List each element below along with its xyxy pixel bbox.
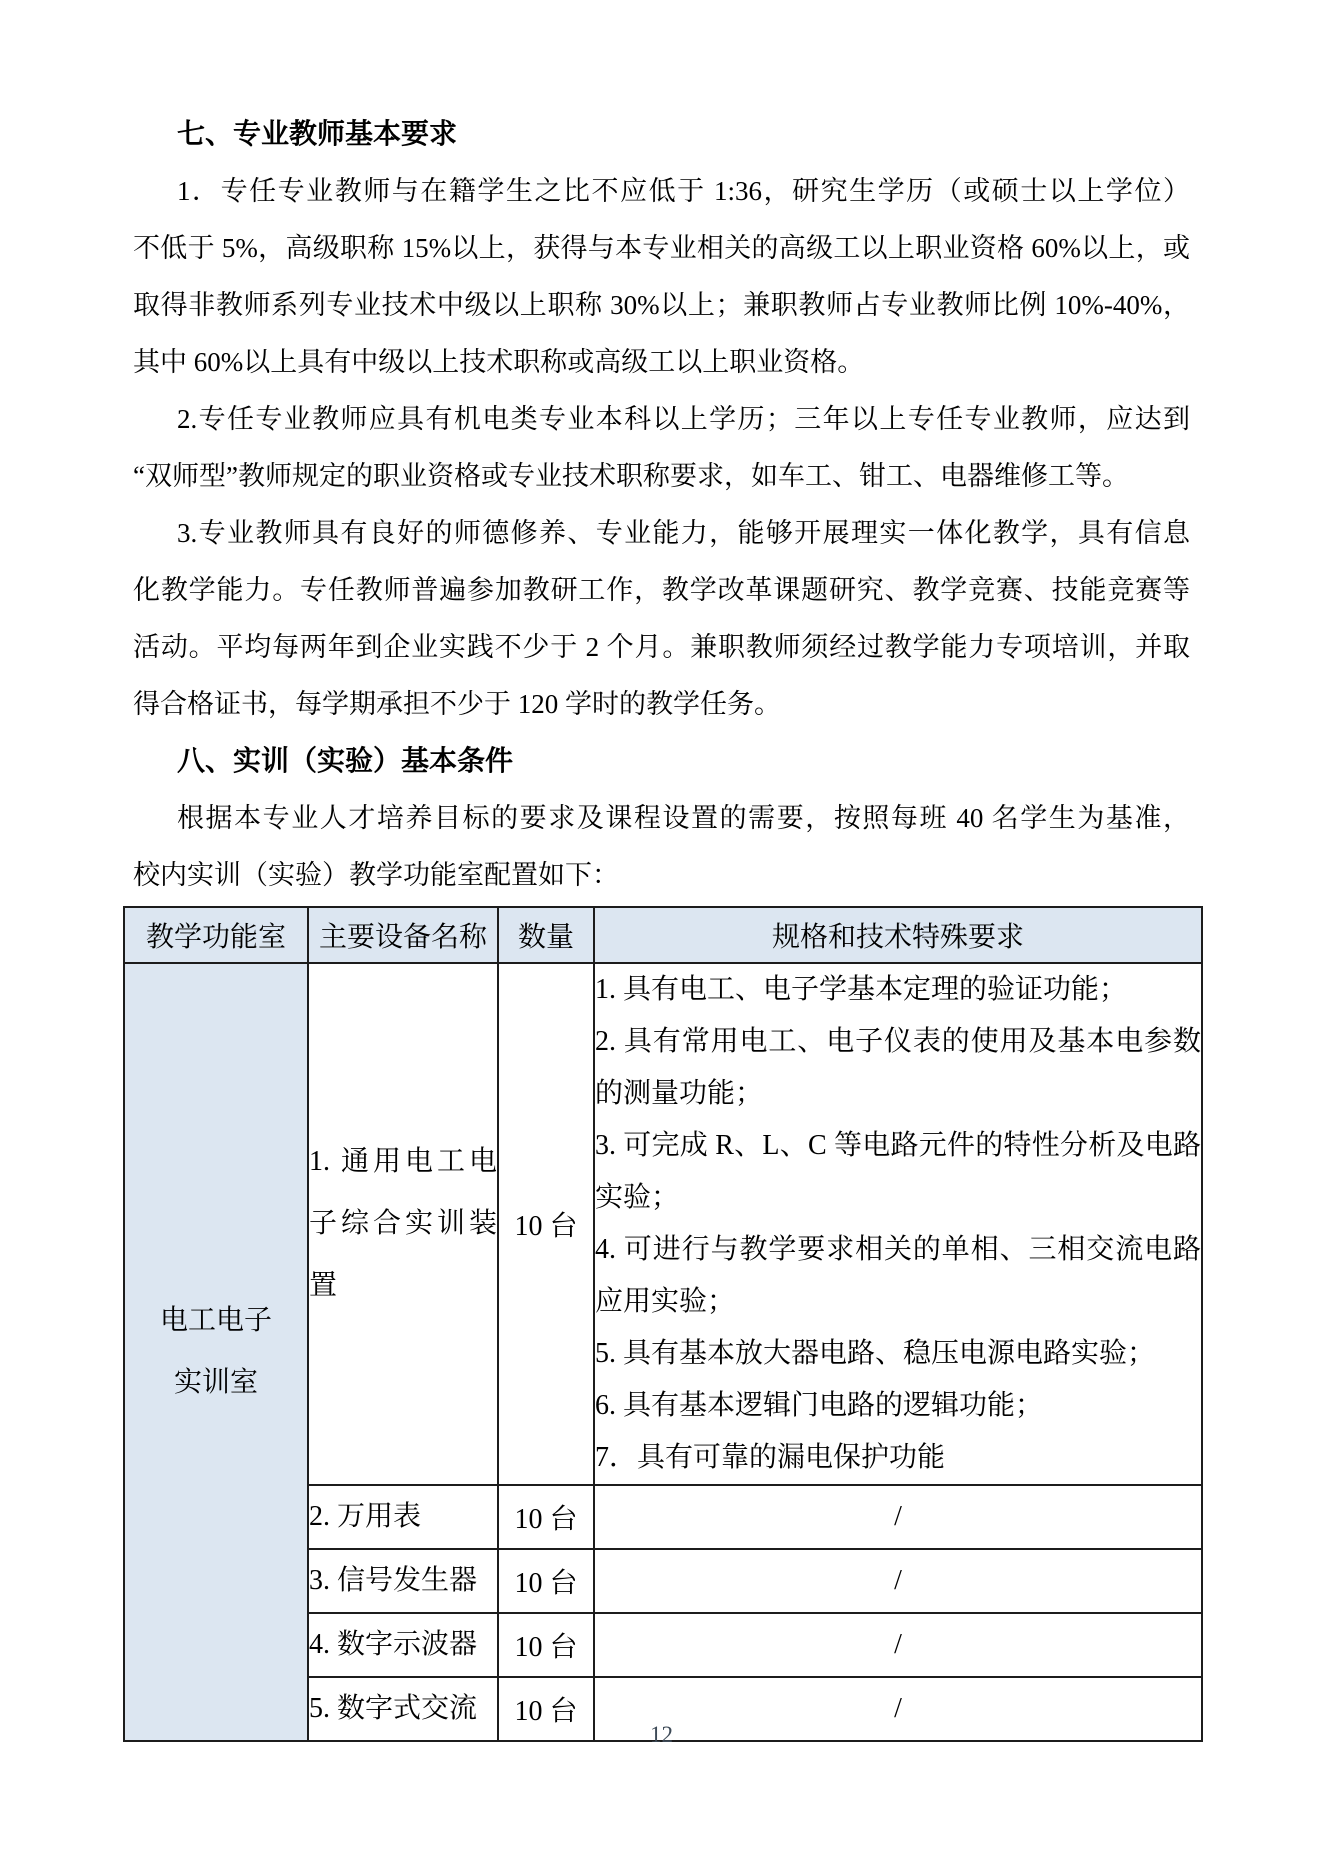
column-header: 数量: [498, 907, 594, 963]
column-header: 规格和技术特殊要求: [594, 907, 1202, 963]
spec-item: 2. 具有常用电工、电子仪表的使用及基本电参数的测量功能；: [595, 1016, 1201, 1120]
spec-item: 1. 具有电工、电子学基本定理的验证功能；: [595, 964, 1201, 1016]
equipment-cell: 4. 数字示波器: [308, 1613, 498, 1677]
document-page: { "page": { "number": "12" }, "colors": …: [0, 0, 1323, 1871]
quantity-cell: 10 台: [498, 1613, 594, 1677]
section-7-heading: 七、专业教师基本要求: [133, 106, 1190, 163]
text-line: 根据本专业人才培养目标的要求及课程设置的需要，按照每班 40 名学生为基准，: [133, 790, 1190, 847]
text-line: 1．专任专业教师与在籍学生之比不应低于 1:36，研究生学历（或硕士以上学位）: [133, 163, 1190, 220]
text-line: 活动。平均每两年到企业实践不少于 2 个月。兼职教师须经过教学能力专项培训，并取: [133, 619, 1190, 676]
text-line: 2.专任专业教师应具有机电类专业本科以上学历；三年以上专任专业教师，应达到: [133, 391, 1190, 448]
text-line: 取得非教师系列专业技术中级以上职称 30%以上；兼职教师占专业教师比例 10%-…: [133, 277, 1190, 334]
room-name-line: 电工电子: [125, 1290, 307, 1352]
equipment-cell: 3. 信号发生器: [308, 1549, 498, 1613]
page-content: 七、专业教师基本要求 1．专任专业教师与在籍学生之比不应低于 1:36，研究生学…: [0, 0, 1323, 1742]
quantity-cell: 10 台: [498, 1549, 594, 1613]
room-cell: 电工电子实训室: [124, 963, 308, 1741]
facilities-table: 教学功能室主要设备名称数量规格和技术特殊要求 电工电子实训室1. 通用电工电子综…: [123, 906, 1203, 1742]
header-row: 教学功能室主要设备名称数量规格和技术特殊要求: [124, 907, 1202, 963]
text-line: 其中 60%以上具有中级以上技术职称或高级工以上职业资格。: [133, 334, 1190, 391]
spec-item: 3. 可完成 R、L、C 等电路元件的特性分析及电路实验；: [595, 1120, 1201, 1224]
table-row: 电工电子实训室1. 通用电工电子综合实训装置10 台1. 具有电工、电子学基本定…: [124, 963, 1202, 1485]
equipment-cell: 2. 万用表: [308, 1485, 498, 1549]
paragraph: 2.专任专业教师应具有机电类专业本科以上学历；三年以上专任专业教师，应达到“双师…: [133, 391, 1190, 505]
specs-cell-empty: /: [594, 1485, 1202, 1549]
spec-item: 7．具有可靠的漏电保护功能: [595, 1432, 1201, 1484]
column-header: 主要设备名称: [308, 907, 498, 963]
text-line: 校内实训（实验）教学功能室配置如下：: [133, 847, 1190, 904]
specs-cell-empty: /: [594, 1613, 1202, 1677]
page-number: 12: [0, 1722, 1323, 1748]
specs-cell-empty: /: [594, 1549, 1202, 1613]
paragraph: 根据本专业人才培养目标的要求及课程设置的需要，按照每班 40 名学生为基准，校内…: [133, 790, 1190, 904]
spec-item: 6. 具有基本逻辑门电路的逻辑功能；: [595, 1380, 1201, 1432]
text-line: 得合格证书，每学期承担不少于 120 学时的教学任务。: [133, 676, 1190, 733]
text-line: 不低于 5%，高级职称 15%以上，获得与本专业相关的高级工以上职业资格 60%…: [133, 220, 1190, 277]
column-header: 教学功能室: [124, 907, 308, 963]
facilities-table-body: 电工电子实训室1. 通用电工电子综合实训装置10 台1. 具有电工、电子学基本定…: [124, 963, 1202, 1741]
facilities-table-header: 教学功能室主要设备名称数量规格和技术特殊要求: [124, 907, 1202, 963]
specs-cell: 1. 具有电工、电子学基本定理的验证功能；2. 具有常用电工、电子仪表的使用及基…: [594, 963, 1202, 1485]
text-line: 化教学能力。专任教师普遍参加教研工作，教学改革课题研究、教学竞赛、技能竞赛等: [133, 562, 1190, 619]
paragraph: 3.专业教师具有良好的师德修养、专业能力，能够开展理实一体化教学，具有信息化教学…: [133, 505, 1190, 733]
section-8-paragraphs: 根据本专业人才培养目标的要求及课程设置的需要，按照每班 40 名学生为基准，校内…: [133, 790, 1190, 904]
paragraph: 1．专任专业教师与在籍学生之比不应低于 1:36，研究生学历（或硕士以上学位）不…: [133, 163, 1190, 391]
text-line: “双师型”教师规定的职业资格或专业技术职称要求，如车工、钳工、电器维修工等。: [133, 448, 1190, 505]
section-7-paragraphs: 1．专任专业教师与在籍学生之比不应低于 1:36，研究生学历（或硕士以上学位）不…: [133, 163, 1190, 733]
quantity-cell: 10 台: [498, 1485, 594, 1549]
spec-item: 4. 可进行与教学要求相关的单相、三相交流电路应用实验；: [595, 1224, 1201, 1328]
equipment-cell: 1. 通用电工电子综合实训装置: [308, 963, 498, 1485]
text-line: 3.专业教师具有良好的师德修养、专业能力，能够开展理实一体化教学，具有信息: [133, 505, 1190, 562]
spec-item: 5. 具有基本放大器电路、稳压电源电路实验；: [595, 1328, 1201, 1380]
section-8-heading: 八、实训（实验）基本条件: [133, 733, 1190, 790]
room-name-line: 实训室: [125, 1352, 307, 1414]
quantity-cell: 10 台: [498, 963, 594, 1485]
